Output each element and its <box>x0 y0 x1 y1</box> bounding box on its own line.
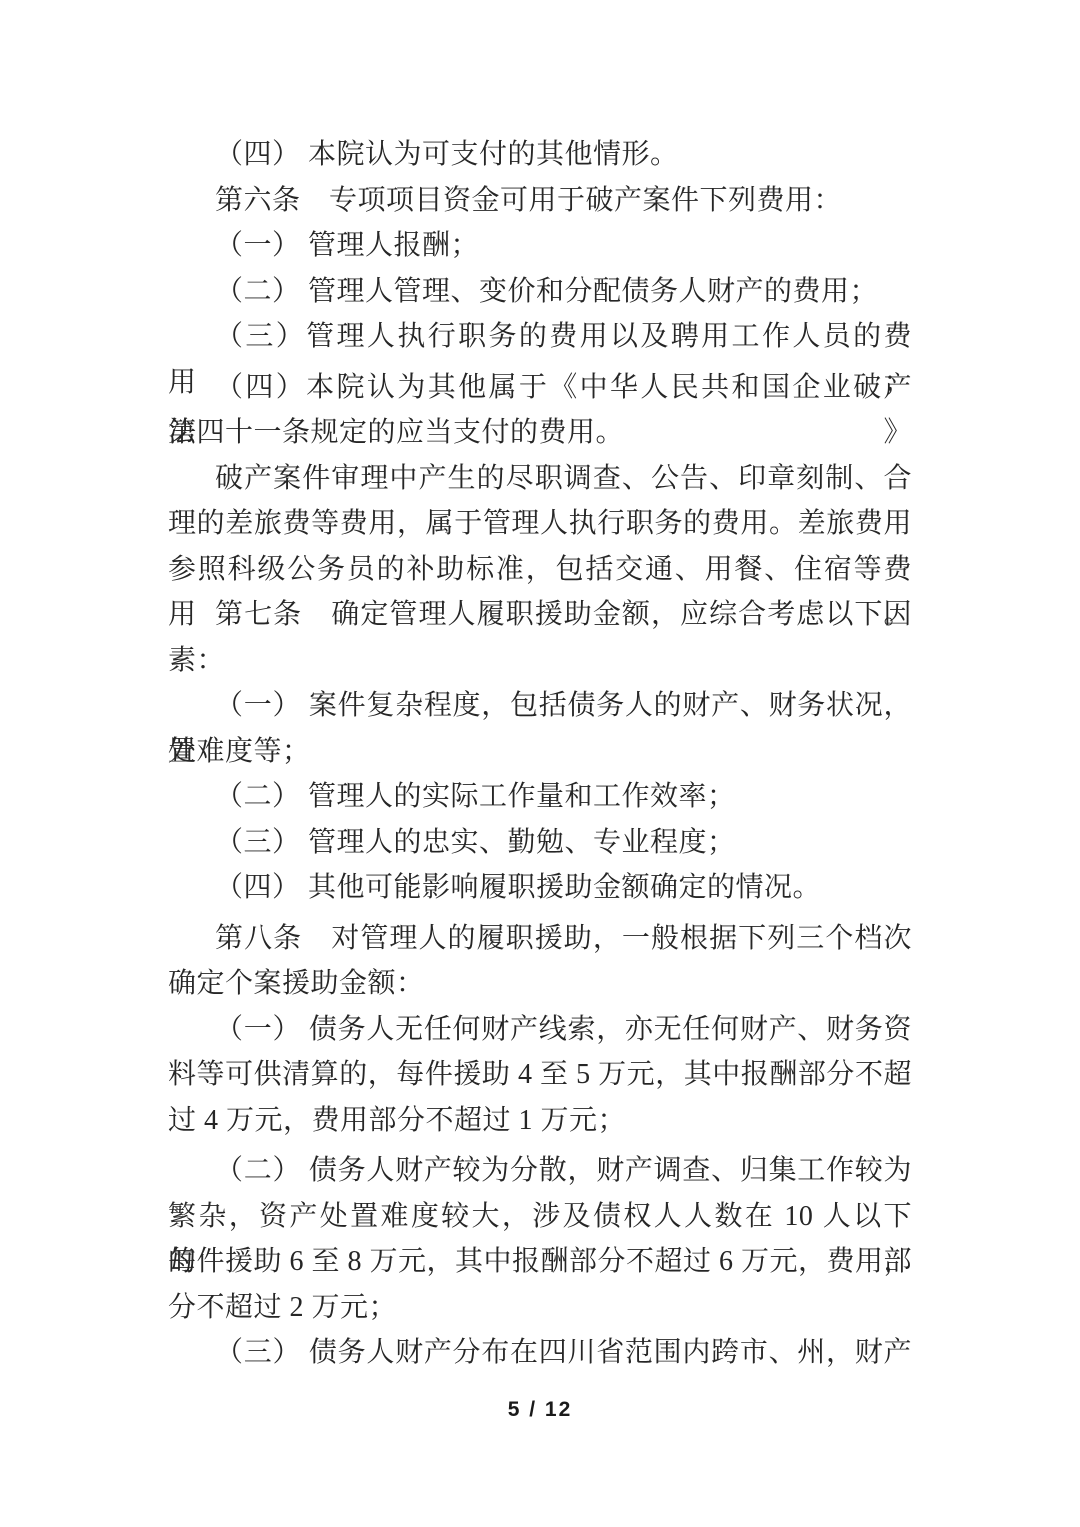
text-line: （一） 案件复杂程度，包括债务人的财产、财务状况，处 <box>168 683 912 729</box>
text-line: （三） 债务人财产分布在四川省范围内跨市、州，财产 <box>168 1330 912 1376</box>
text-line: 破产案件审理中产生的尽职调查、公告、印章刻制、合 <box>168 456 912 502</box>
page-number-indicator: 5 / 12 <box>0 1398 1080 1422</box>
text-line: （四）本院认为其他属于《中华人民共和国企业破产法》 <box>168 365 912 411</box>
text-line: 每件援助 6 至 8 万元，其中报酬部分不超过 6 万元，费用部 <box>168 1239 912 1285</box>
text-line: （四） 其他可能影响履职援助金额确定的情况。 <box>168 865 912 911</box>
text-line: （三） 管理人的忠实、勤勉、专业程度； <box>168 820 912 866</box>
text-line: 第六条 专项项目资金可用于破产案件下列费用： <box>168 178 912 224</box>
text-line: 素： <box>168 638 912 684</box>
text-line: 繁杂，资产处置难度较大，涉及债权人人数在 10 人以下的， <box>168 1194 912 1240</box>
text-line: 过 4 万元，费用部分不超过 1 万元； <box>168 1098 912 1144</box>
text-line: （二） 管理人管理、变价和分配债务人财产的费用； <box>168 269 912 315</box>
text-line: 料等可供清算的，每件援助 4 至 5 万元，其中报酬部分不超 <box>168 1052 912 1098</box>
text-line: （一） 管理人报酬； <box>168 223 912 269</box>
document-page: （四） 本院认为可支付的其他情形。第六条 专项项目资金可用于破产案件下列费用：（… <box>0 0 1080 1527</box>
document-body: （四） 本院认为可支付的其他情形。第六条 专项项目资金可用于破产案件下列费用：（… <box>168 132 912 1376</box>
text-line: 置难度等； <box>168 729 912 775</box>
text-line: 理的差旅费等费用，属于管理人执行职务的费用。差旅费用 <box>168 501 912 547</box>
text-line: （三）管理人执行职务的费用以及聘用工作人员的费用； <box>168 314 912 360</box>
text-line: （二） 债务人财产较为分散，财产调查、归集工作较为 <box>168 1148 912 1194</box>
text-line: 第七条 确定管理人履职援助金额，应综合考虑以下因 <box>168 592 912 638</box>
text-line: 确定个案援助金额： <box>168 961 912 1007</box>
text-line: （二） 管理人的实际工作量和工作效率； <box>168 774 912 820</box>
text-line: （四） 本院认为可支付的其他情形。 <box>168 132 912 178</box>
text-line: （一） 债务人无任何财产线索，亦无任何财产、财务资 <box>168 1007 912 1053</box>
text-line: 参照科级公务员的补助标准，包括交通、用餐、住宿等费用。 <box>168 547 912 593</box>
text-line: 分不超过 2 万元； <box>168 1285 912 1331</box>
text-line: 第八条 对管理人的履职援助，一般根据下列三个档次 <box>168 916 912 962</box>
